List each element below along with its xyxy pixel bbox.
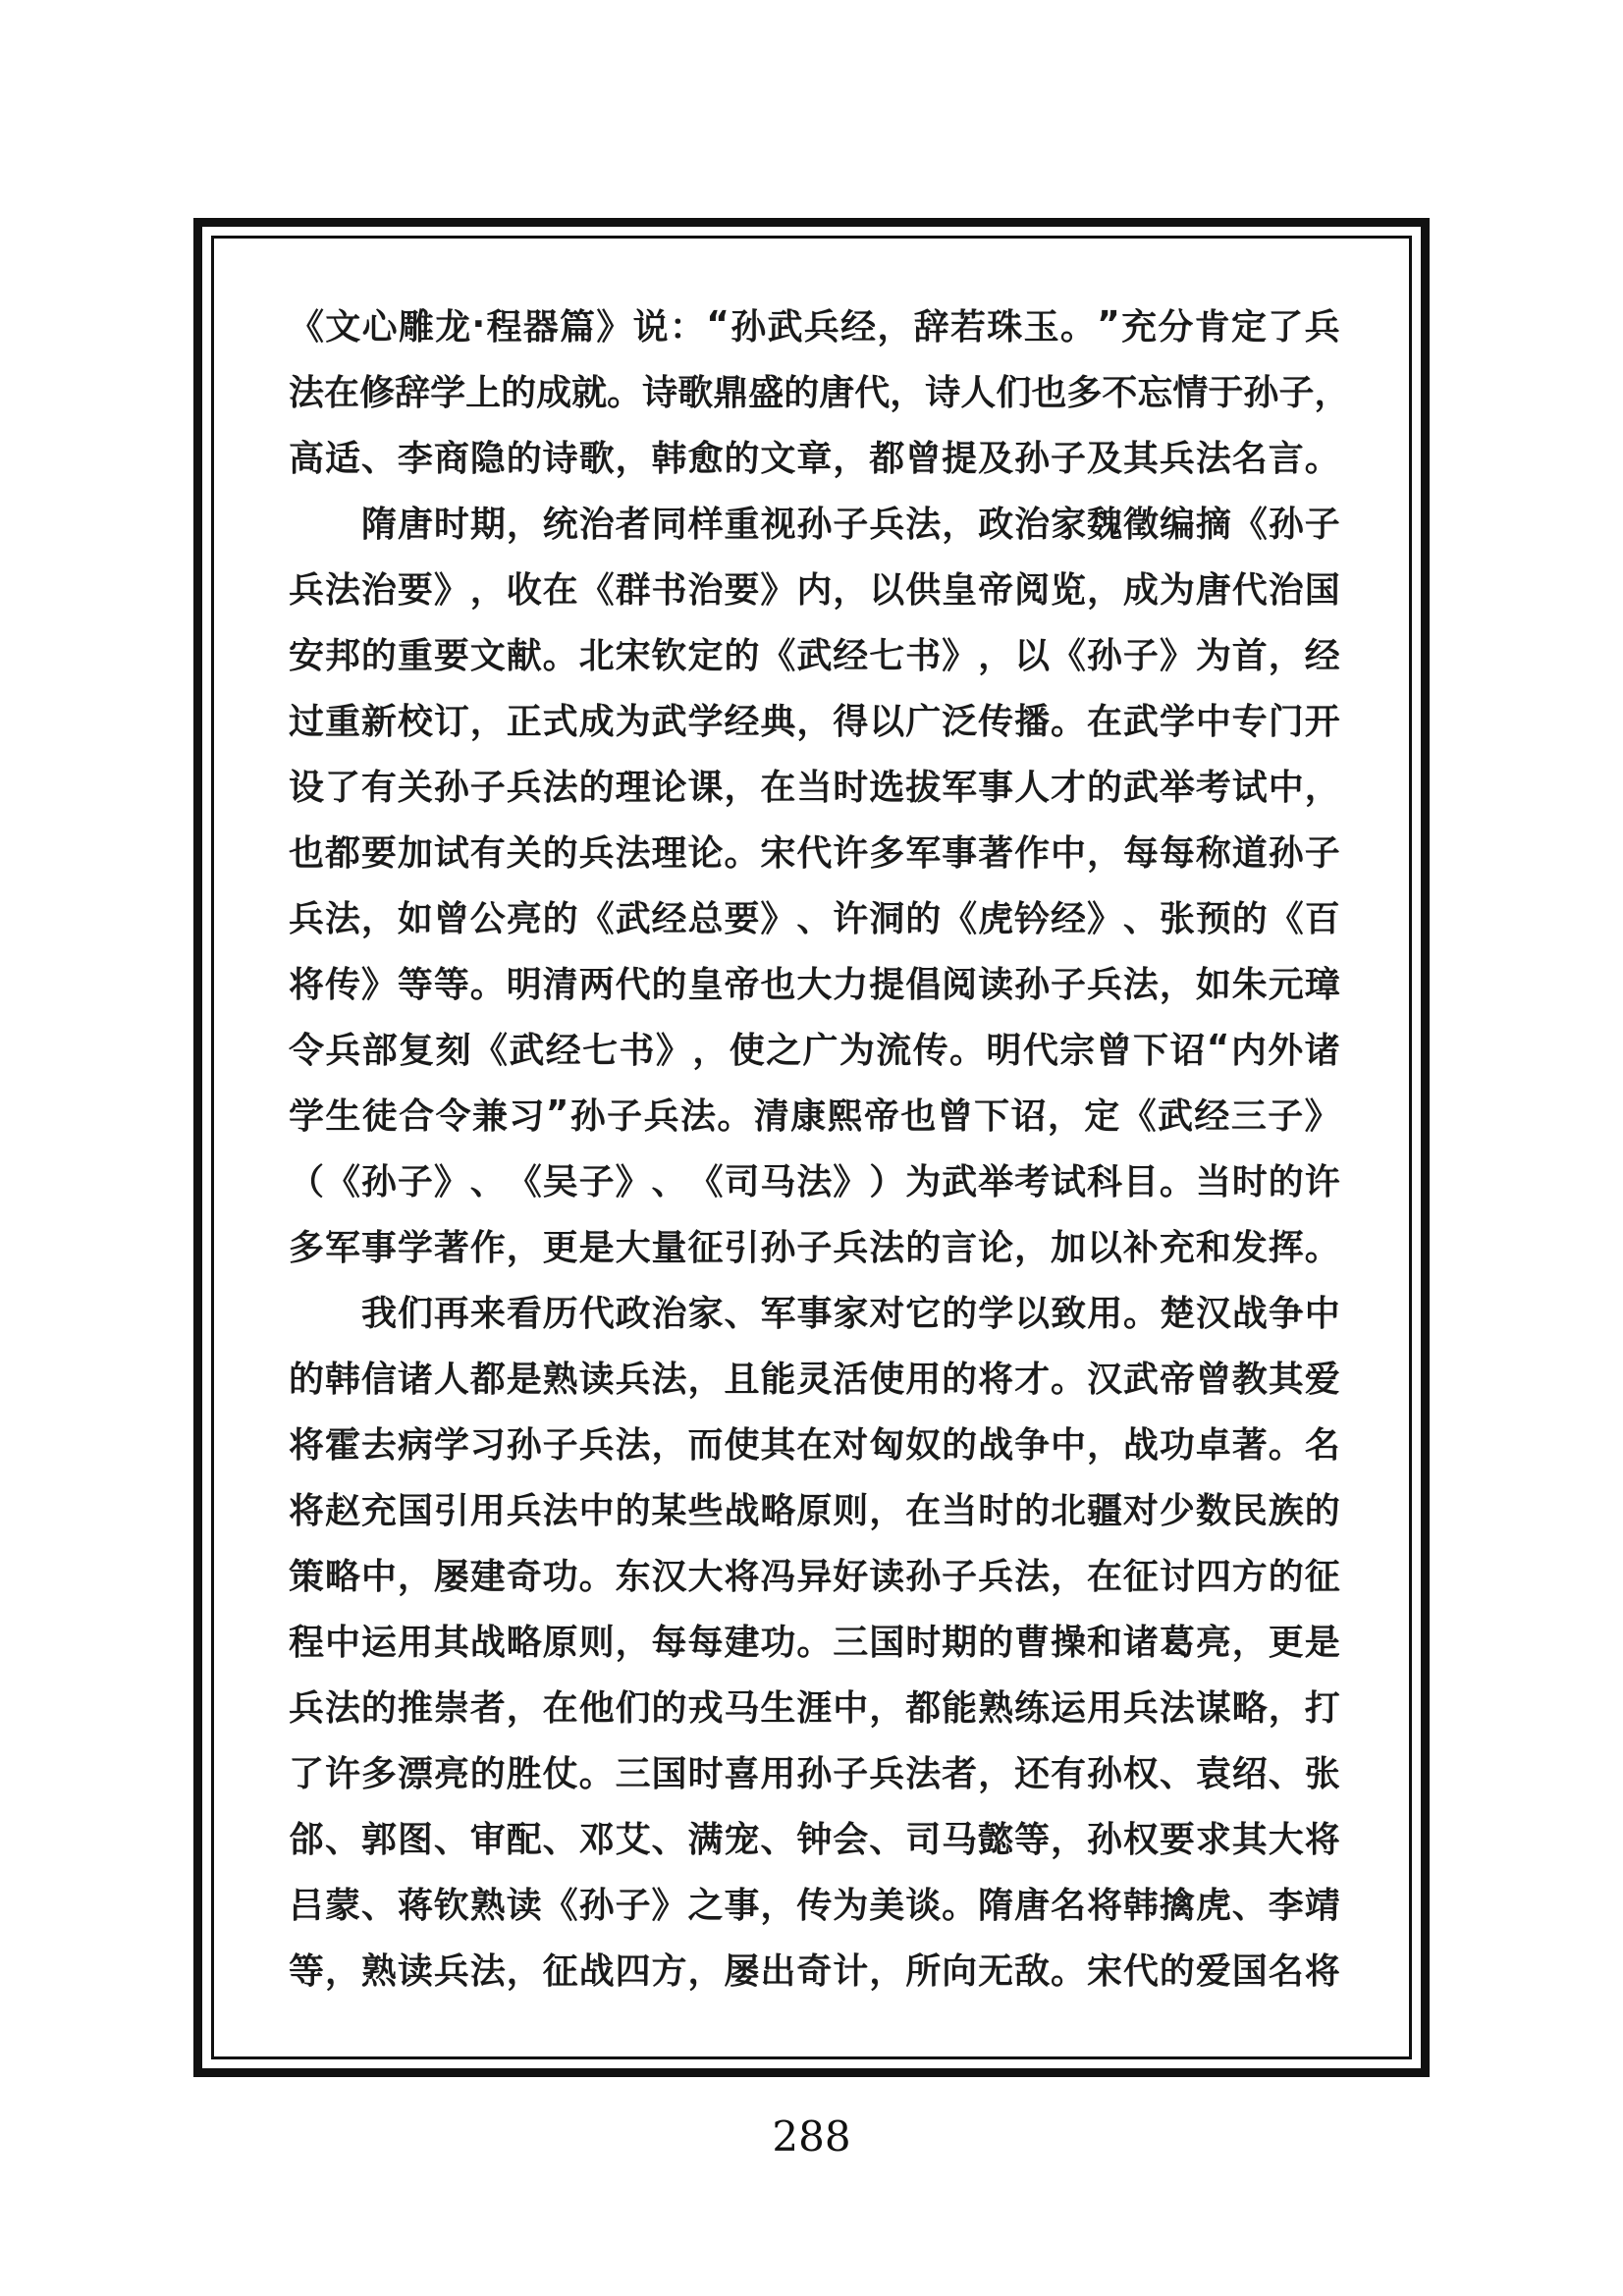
text-line: 安邦的重要文献。北宋钦定的《武经七书》，以《孙子》为首，经 — [289, 620, 1340, 686]
text-line: 了许多漂亮的胜仗。三国时喜用孙子兵法者，还有孙权、袁绍、张 — [289, 1738, 1340, 1804]
text-line: 《文心雕龙·程器篇》说：“孙武兵经，辞若珠玉。”充分肯定了兵 — [289, 292, 1340, 357]
text-line: 将传》等等。明清两代的皇帝也大力提倡阅读孙子兵法，如朱元璋 — [289, 949, 1340, 1015]
text-line: 兵法，如曾公亮的《武经总要》、许洞的《虎钤经》、张预的《百 — [289, 883, 1340, 949]
text-line: 也都要加试有关的兵法理论。宋代许多军事著作中，每每称道孙子 — [289, 818, 1340, 883]
inner-frame: 《文心雕龙·程器篇》说：“孙武兵经，辞若珠玉。”充分肯定了兵法在修辞学上的成就。… — [211, 236, 1412, 2059]
text-line: 策略中，屡建奇功。东汉大将冯异好读孙子兵法，在征讨四方的征 — [289, 1541, 1340, 1607]
text-line: 将赵充国引用兵法中的某些战略原则，在当时的北疆对少数民族的 — [289, 1475, 1340, 1541]
text-line: 法在修辞学上的成就。诗歌鼎盛的唐代，诗人们也多不忘情于孙子， — [289, 357, 1340, 423]
page-frame: 《文心雕龙·程器篇》说：“孙武兵经，辞若珠玉。”充分肯定了兵法在修辞学上的成就。… — [193, 218, 1430, 2077]
text-line: 多军事学著作，更是大量征引孙子兵法的言论，加以补充和发挥。 — [289, 1212, 1340, 1278]
text-line: 将霍去病学习孙子兵法，而使其在对匈奴的战争中，战功卓著。名 — [289, 1410, 1340, 1475]
text-line: 等，熟读兵法，征战四方，屡出奇计，所向无敌。宋代的爱国名将 — [289, 1936, 1340, 2002]
text-block: 《文心雕龙·程器篇》说：“孙武兵经，辞若珠玉。”充分肯定了兵法在修辞学上的成就。… — [289, 292, 1340, 2002]
text-line: （《孙子》、《吴子》、《司马法》）为武举考试科目。当时的许 — [289, 1147, 1340, 1212]
text-line: 吕蒙、蒋钦熟读《孙子》之事，传为美谈。隋唐名将韩擒虎、李靖 — [289, 1870, 1340, 1936]
text-line: 兵法的推崇者，在他们的戎马生涯中，都能熟练运用兵法谋略，打 — [289, 1673, 1340, 1738]
text-line: 设了有关孙子兵法的理论课，在当时选拔军事人才的武举考试中， — [289, 752, 1340, 818]
text-line: 兵法治要》，收在《群书治要》内，以供皇帝阅览，成为唐代治国 — [289, 555, 1340, 620]
text-line: 程中运用其战略原则，每每建功。三国时期的曹操和诸葛亮，更是 — [289, 1607, 1340, 1673]
text-line: 学生徒合令兼习”孙子兵法。清康熙帝也曾下诏，定《武经三子》 — [289, 1081, 1340, 1147]
page-number: 288 — [0, 2112, 1623, 2161]
text-line: 郃、郭图、审配、邓艾、满宠、钟会、司马懿等，孙权要求其大将 — [289, 1804, 1340, 1870]
text-line: 隋唐时期，统治者同样重视孙子兵法，政治家魏徵编摘《孙子 — [289, 489, 1340, 555]
text-line: 的韩信诸人都是熟读兵法，且能灵活使用的将才。汉武帝曾教其爱 — [289, 1344, 1340, 1410]
text-line: 高适、李商隐的诗歌，韩愈的文章，都曾提及孙子及其兵法名言。 — [289, 423, 1340, 489]
text-line: 过重新校订，正式成为武学经典，得以广泛传播。在武学中专门开 — [289, 686, 1340, 752]
text-line: 我们再来看历代政治家、军事家对它的学以致用。楚汉战争中 — [289, 1278, 1340, 1344]
text-line: 令兵部复刻《武经七书》，使之广为流传。明代宗曾下诏“内外诸 — [289, 1015, 1340, 1081]
